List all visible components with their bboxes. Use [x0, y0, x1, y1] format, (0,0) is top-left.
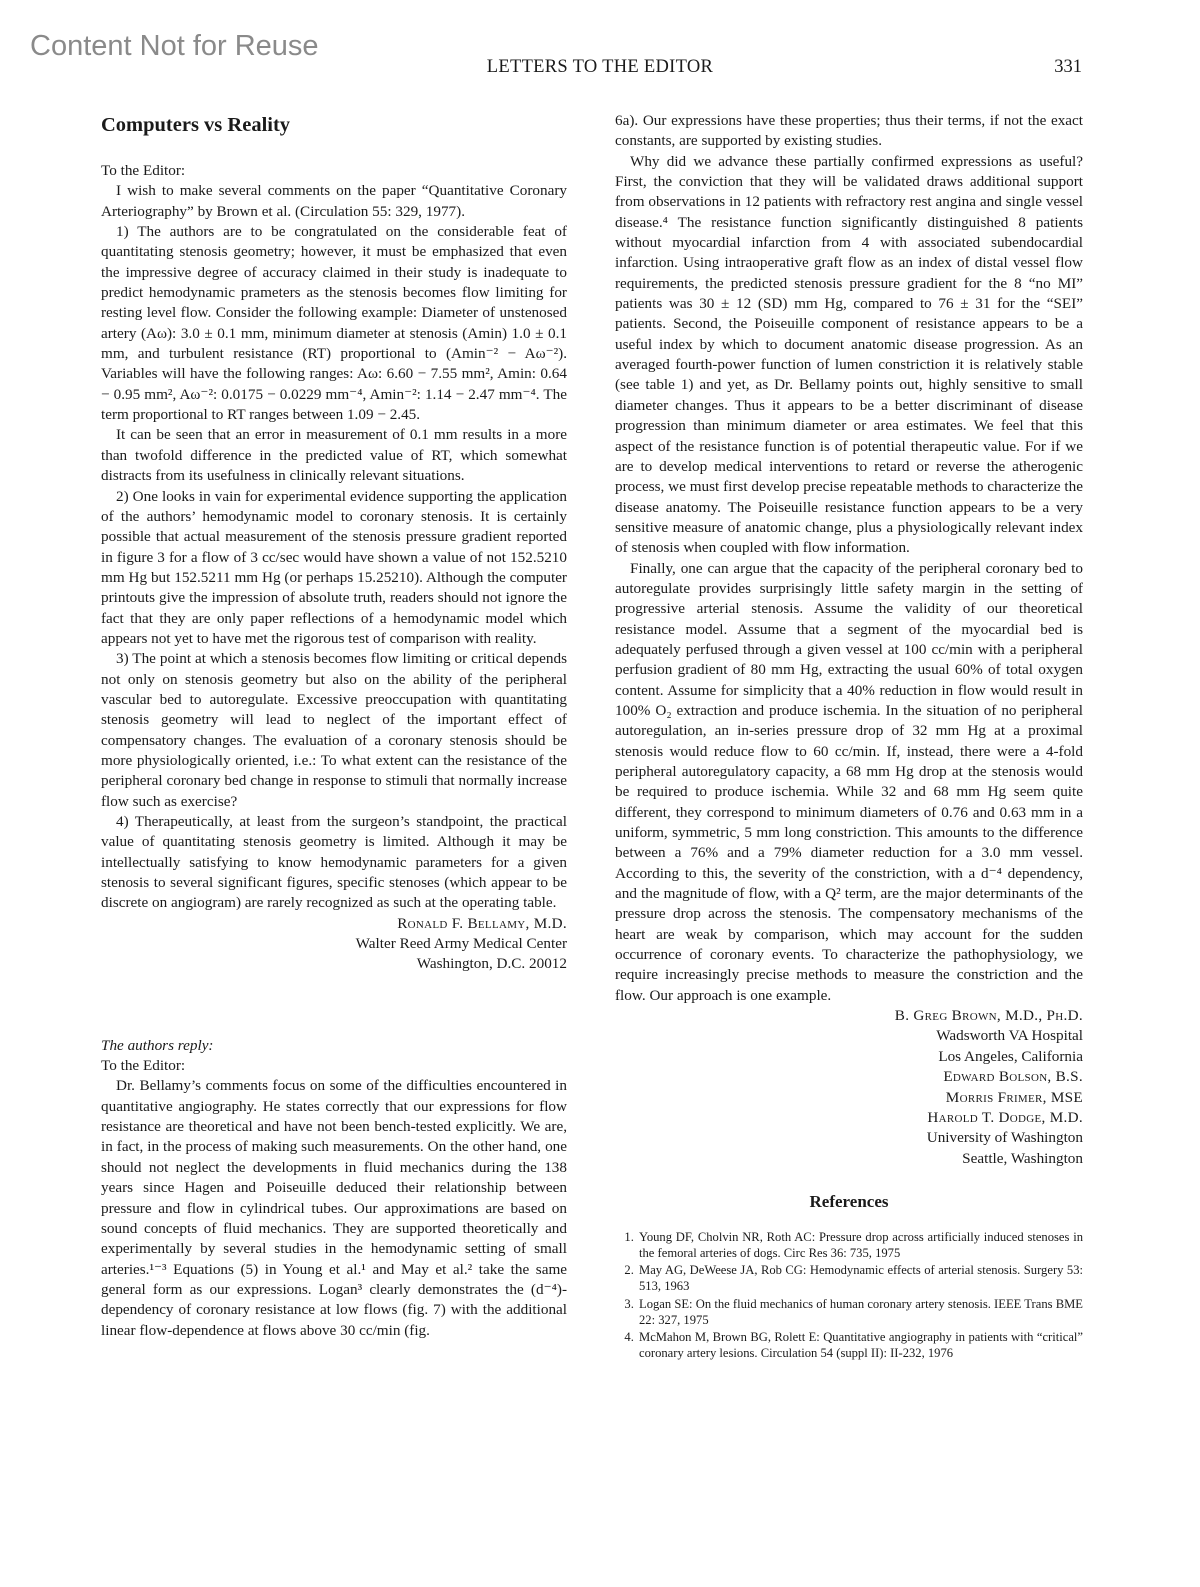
reply-paragraph: Why did we advance these partially confi…: [615, 152, 1083, 559]
signature-location: Seattle, Washington: [615, 1149, 1083, 1169]
reply-signatures: B. Greg Brown, M.D., Ph.D. Wadsworth VA …: [615, 1006, 1083, 1169]
signature-name: Ronald F. Bellamy, M.D.: [101, 914, 567, 934]
references-list: Young DF, Cholvin NR, Roth AC: Pressure …: [615, 1229, 1083, 1362]
running-header: LETTERS TO THE EDITOR: [0, 57, 1200, 78]
reply-paragraph: Dr. Bellamy’s comments focus on some of …: [101, 1076, 567, 1340]
reference-item: May AG, DeWeese JA, Rob CG: Hemodynamic …: [637, 1262, 1083, 1294]
letter-paragraph: I wish to make several comments on the p…: [101, 181, 567, 222]
letter-paragraph: 2) One looks in vain for experimental ev…: [101, 487, 567, 650]
reply-paragraph: Finally, one can argue that the capacity…: [615, 559, 1083, 1007]
reply-paragraph-continued: 6a). Our expressions have these properti…: [615, 111, 1083, 152]
letter-paragraph: 4) Therapeutically, at least from the su…: [101, 812, 567, 914]
reply-heading: The authors reply:: [101, 1036, 567, 1056]
letter-paragraph: It can be seen that an error in measurem…: [101, 425, 567, 486]
letter-paragraph: 3) The point at which a stenosis becomes…: [101, 649, 567, 812]
signature-institution: University of Washington: [615, 1128, 1083, 1148]
reference-item: McMahon M, Brown BG, Rolett E: Quantitat…: [637, 1329, 1083, 1361]
right-column: 6a). Our expressions have these properti…: [615, 111, 1083, 1363]
signature-institution: Walter Reed Army Medical Center: [101, 934, 567, 954]
signature-location: Washington, D.C. 20012: [101, 954, 567, 974]
left-column: Computers vs Reality To the Editor: I wi…: [101, 112, 567, 1341]
letter-paragraph: 1) The authors are to be congratulated o…: [101, 222, 567, 425]
signature-name: Morris Frimer, MSE: [615, 1088, 1083, 1108]
reply-salutation: To the Editor:: [101, 1056, 567, 1076]
letter-signature: Ronald F. Bellamy, M.D. Walter Reed Army…: [101, 914, 567, 975]
reference-item: Young DF, Cholvin NR, Roth AC: Pressure …: [637, 1229, 1083, 1261]
signature-name: B. Greg Brown, M.D., Ph.D.: [615, 1006, 1083, 1026]
letter-salutation: To the Editor:: [101, 161, 567, 181]
page-number: 331: [1054, 57, 1082, 78]
letter-title: Computers vs Reality: [101, 112, 567, 138]
signature-name: Edward Bolson, B.S.: [615, 1067, 1083, 1087]
reference-item: Logan SE: On the fluid mechanics of huma…: [637, 1296, 1083, 1328]
signature-location: Los Angeles, California: [615, 1047, 1083, 1067]
signature-institution: Wadsworth VA Hospital: [615, 1026, 1083, 1046]
references-title: References: [615, 1191, 1083, 1213]
signature-name: Harold T. Dodge, M.D.: [615, 1108, 1083, 1128]
